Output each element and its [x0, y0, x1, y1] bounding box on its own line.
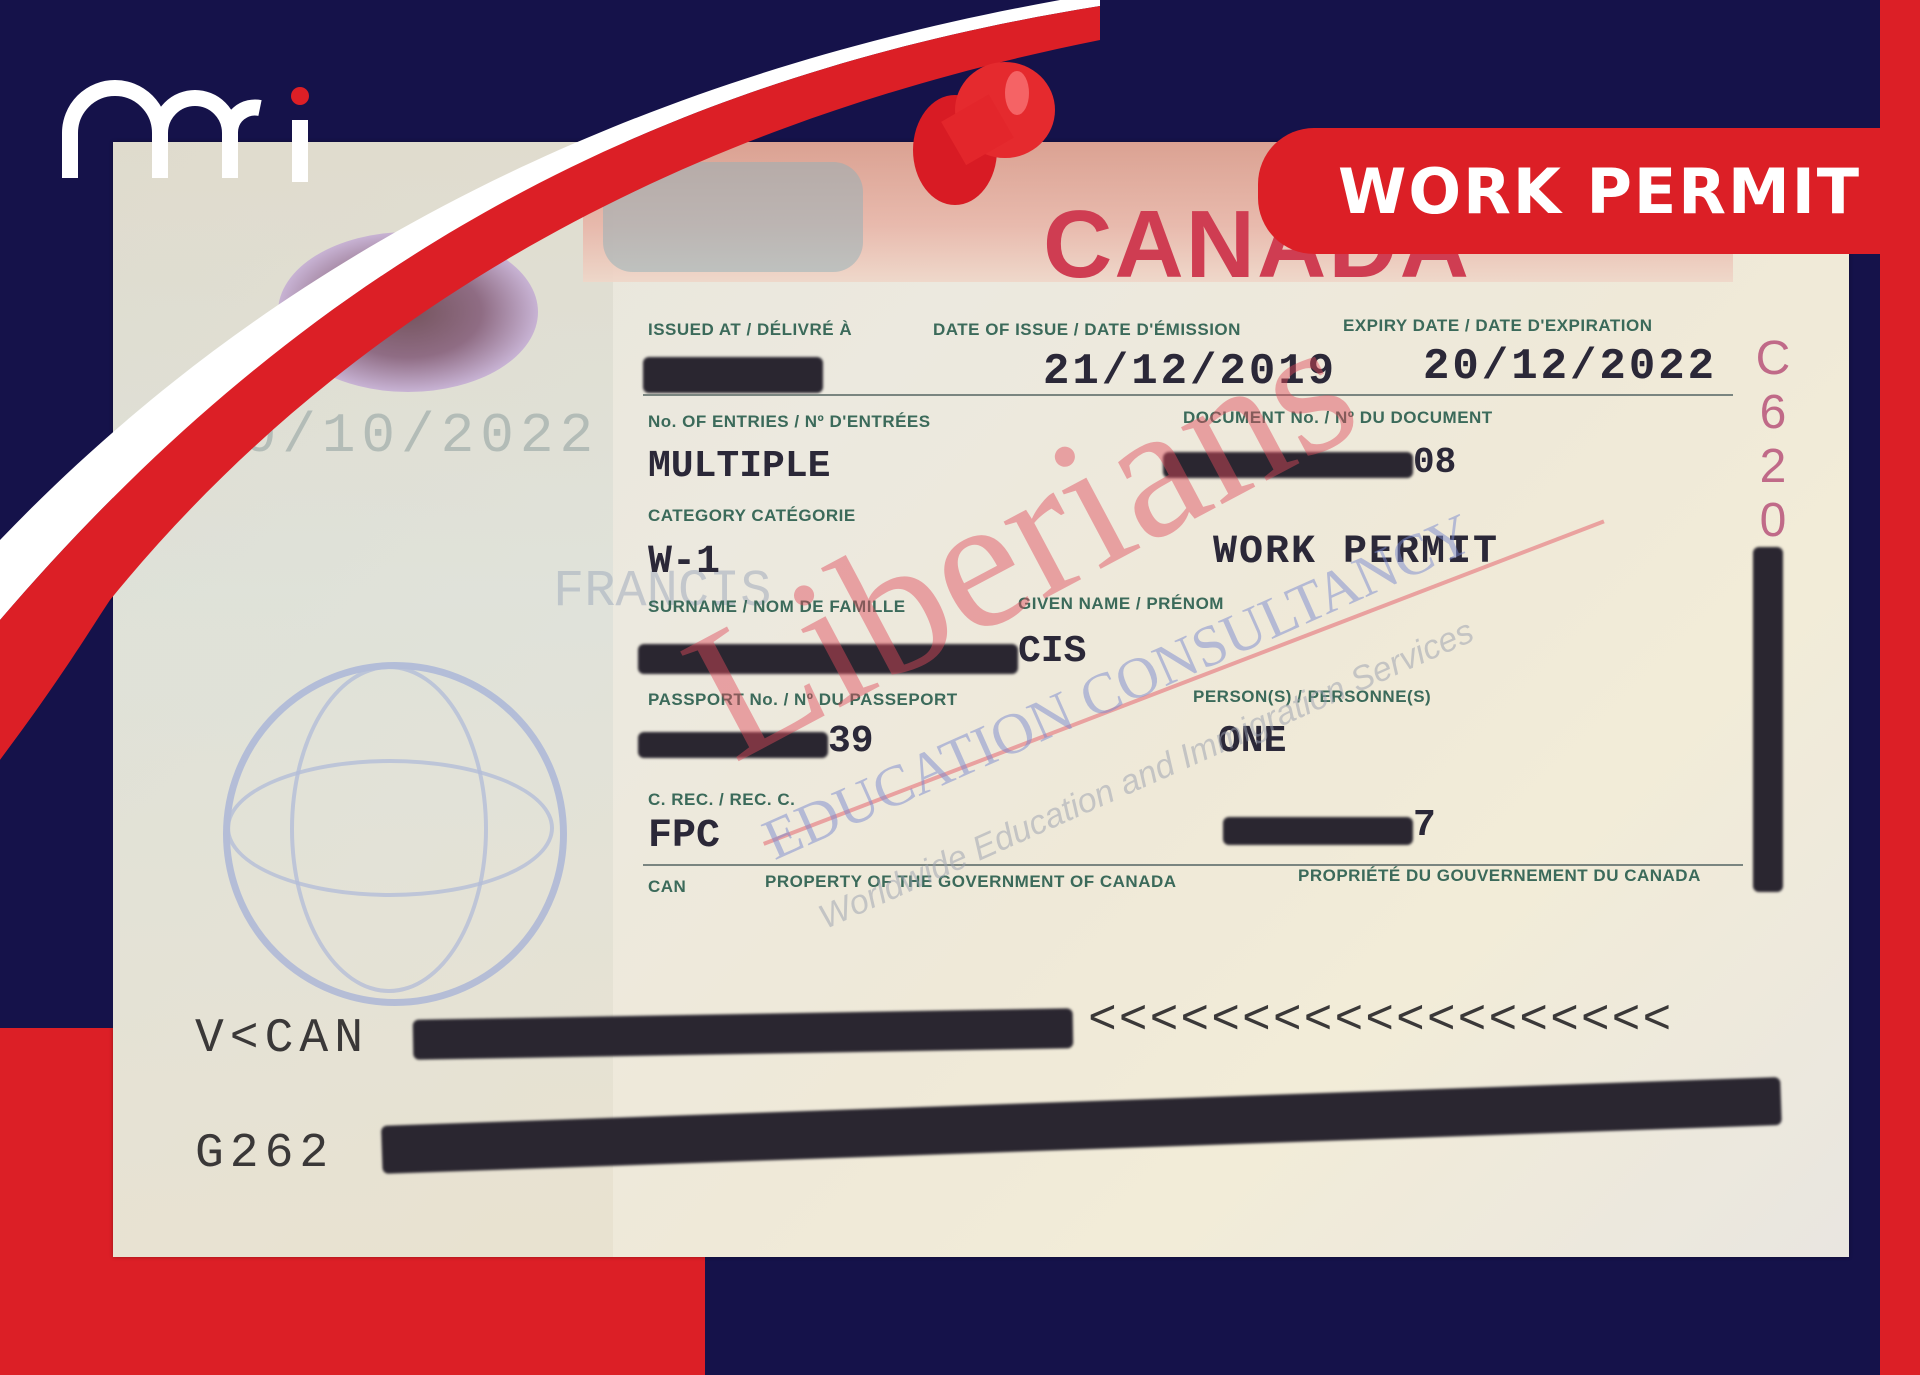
- side-serial-redaction: [1753, 547, 1783, 892]
- ami-logo: [62, 78, 322, 188]
- footer-property-fr: PROPRIÉTÉ DU GOUVERNEMENT DU CANADA: [1298, 866, 1701, 886]
- c-rec-redaction: [1223, 817, 1413, 845]
- expiry-date-value: 20/12/2022: [1423, 342, 1717, 392]
- work-permit-banner: WORK PERMIT: [1258, 128, 1880, 254]
- frame-red-right-stripe: [1880, 0, 1920, 1375]
- expiry-date-label: EXPIRY DATE / DATE D'EXPIRATION: [1343, 316, 1653, 336]
- pushpin-icon: [895, 55, 1075, 205]
- side-serial-number: C 6 2 0: [1753, 332, 1793, 548]
- document-no-suffix: 08: [1413, 442, 1456, 483]
- banner-title: WORK PERMIT: [1338, 155, 1861, 228]
- mrz-line2-prefix: G262: [195, 1127, 334, 1181]
- c-rec-suffix: 7: [1413, 804, 1436, 847]
- mrz-line1-suffix: <<<<<<<<<<<<<<<<<<<: [1088, 994, 1673, 1048]
